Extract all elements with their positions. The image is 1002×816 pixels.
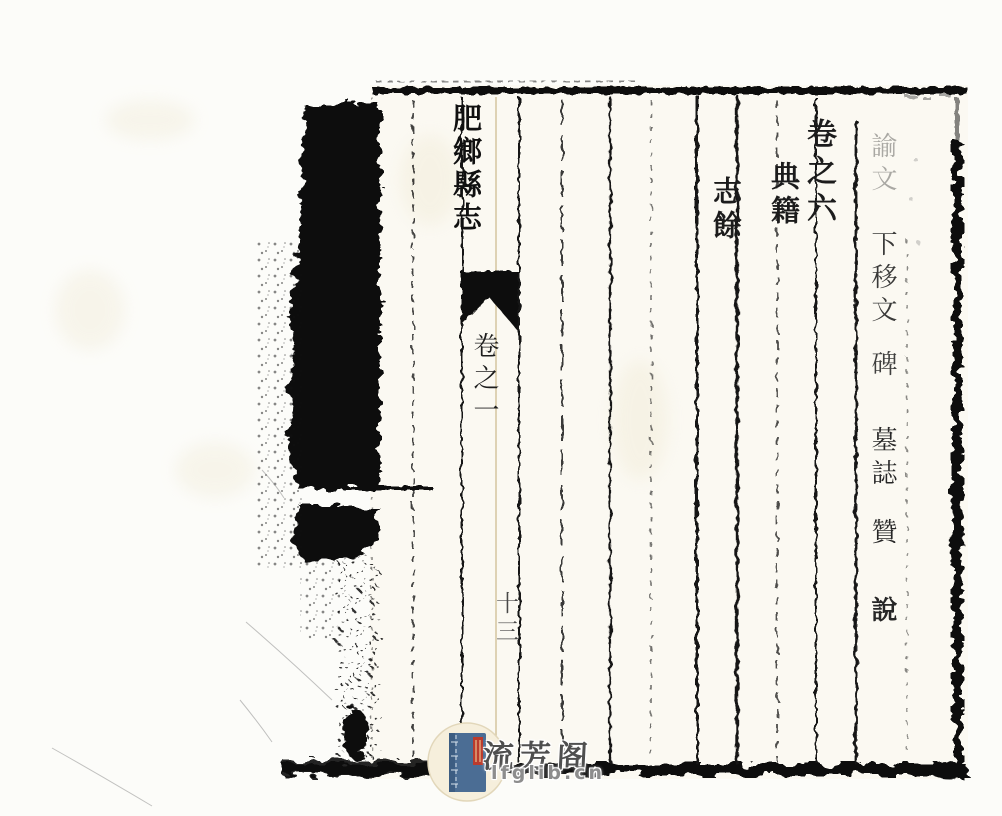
juan-header: 卷之六 bbox=[803, 118, 833, 229]
top-speckle-line bbox=[376, 81, 640, 82]
genre-item: 諭文 bbox=[869, 132, 895, 198]
genre-item: 墓誌 bbox=[869, 426, 895, 492]
book-title: 肥鄉縣志 bbox=[451, 103, 480, 235]
watermark-site-domain: lfglib.cn bbox=[491, 762, 605, 784]
genre-item: 碑 bbox=[869, 350, 895, 383]
genre-item: 贊 bbox=[869, 518, 895, 551]
genre-item: 下移文 bbox=[869, 230, 895, 329]
scratch-hairlines bbox=[52, 470, 332, 806]
scanned-book-page: 肥鄉縣志 卷之一 十三 卷之六 典籍 志餘 諭文 下移文 碑 墓誌 贊 說 流芳… bbox=[0, 0, 1002, 816]
genre-item: 說 bbox=[869, 596, 895, 629]
watermark: 流芳阁 lfglib.cn bbox=[425, 720, 685, 810]
page-number: 十三 bbox=[493, 591, 516, 647]
subsection-header: 志餘 bbox=[711, 176, 740, 244]
fold-juan-label: 卷之一 bbox=[471, 332, 497, 428]
section-header: 典籍 bbox=[769, 161, 798, 229]
